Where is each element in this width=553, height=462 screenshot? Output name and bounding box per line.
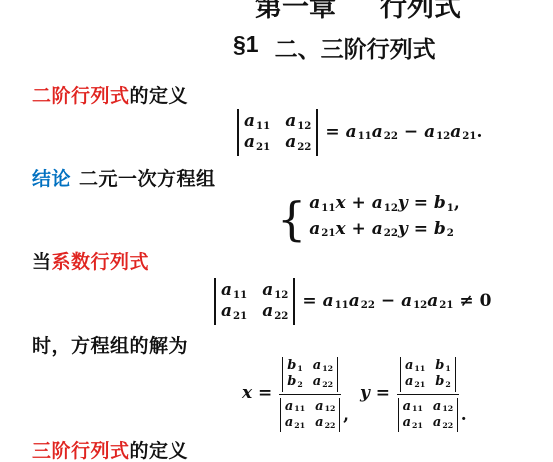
section-number: §1 [233, 31, 259, 64]
chapter-title: 第一章 行列式 [255, 0, 461, 24]
system-equation-1: a11x + a12y = b1, [309, 193, 460, 219]
x-fraction: b1 a12 b2 a22 a11 a12 a21 a22 [279, 356, 341, 432]
determinant-2x2-coefficient: a11 a12 a21 a22 [280, 398, 341, 433]
conclusion-line: 结论二元一次方程组 [32, 164, 216, 191]
det-entry: a12 [433, 399, 453, 415]
det-entry: a21 [244, 132, 270, 153]
comma-separator: , [343, 405, 349, 426]
det-entry: b2 [287, 374, 303, 390]
determinant-2x2-coefficient: a11 a12 a21 a22 [214, 278, 295, 325]
conclusion-text: 二元一次方程组 [79, 169, 216, 190]
det-entry: a22 [315, 415, 335, 431]
det-entry: a21 [285, 415, 305, 431]
det-entry: a12 [262, 280, 288, 301]
solution-intro-line: 时，方程组的解为 [32, 331, 188, 358]
det-entry: a11 [405, 358, 425, 374]
y-equals: y = [360, 383, 396, 404]
y-numerator: a11 b1 a21 b2 [397, 356, 459, 395]
determinant-2x2-bx: b1 a12 b2 a22 [282, 357, 338, 392]
determinant-2x2-coefficient: a11 a12 a21 a22 [237, 109, 318, 156]
chapter-name: 行列式 [380, 0, 461, 24]
det-entry: a22 [262, 301, 288, 322]
x-numerator: b1 a12 b2 a22 [279, 356, 341, 395]
det-entry: b2 [435, 374, 451, 390]
conclusion-label: 结论 [32, 169, 71, 190]
det-entry: a22 [285, 132, 311, 153]
def3-heading: 三阶行列式的定义 [32, 436, 188, 462]
system-equation-2: a21x + a22y = b2 [309, 219, 460, 245]
determinant-2x2-coefficient: a11 a12 a21 a22 [398, 398, 459, 433]
section-name: 二、三阶行列式 [275, 31, 436, 64]
chapter-number: 第一章 [255, 0, 336, 24]
period-mark: . [461, 405, 467, 426]
solution-intro-text: 时，方程组的解为 [32, 336, 188, 357]
coefficient-det-term: 系数行列式 [52, 252, 150, 273]
det-entry: b1 [287, 358, 303, 374]
determinant-2x2-by: a11 b1 a21 b2 [400, 357, 456, 392]
det-entry: a12 [285, 111, 311, 132]
det-entry: a21 [221, 301, 247, 322]
coefficient-det-line: 当系数行列式 [32, 247, 149, 274]
det-entry: a21 [405, 374, 425, 390]
formula-det2-definition: a11 a12 a21 a22 = a11a22 − a12a21. [237, 109, 482, 156]
det-entry: a11 [221, 280, 247, 301]
det-entry: a11 [244, 111, 270, 132]
lecture-slide: 第一章 行列式 §1 二、三阶行列式 二阶行列式的定义 a11 a12 a21 … [0, 0, 553, 462]
det2-expansion: = a11a22 − a12a21. [325, 122, 482, 143]
det-entry: a12 [315, 399, 335, 415]
def2-rest: 的定义 [130, 86, 189, 107]
formula-cramer-solution: x = b1 a12 b2 a22 a11 a12 a21 a22 , y [242, 356, 469, 432]
system-rows: a11x + a12y = b1, a21x + a22y = b2 [309, 193, 460, 244]
det-entry: a22 [433, 415, 453, 431]
x-denominator: a11 a12 a21 a22 [280, 395, 341, 433]
formula-det-nonzero: a11 a12 a21 a22 = a11a22 − a12a21 ≠ 0 [214, 278, 491, 325]
det-nonzero-expansion: = a11a22 − a12a21 ≠ 0 [302, 291, 491, 312]
cases-brace: { [277, 198, 306, 240]
y-denominator: a11 a12 a21 a22 [398, 395, 459, 433]
def3-rest: 的定义 [130, 441, 189, 462]
det-entry: a11 [403, 399, 423, 415]
def2-term: 二阶行列式 [32, 86, 130, 107]
det-entry: b1 [435, 358, 451, 374]
section-title: §1 二、三阶行列式 [233, 31, 436, 64]
equation-system: { a11x + a12y = b1, a21x + a22y = b2 [277, 193, 460, 244]
det-entry: a21 [403, 415, 423, 431]
def2-heading: 二阶行列式的定义 [32, 81, 188, 108]
x-equals: x = [242, 383, 278, 404]
det-entry: a11 [285, 399, 305, 415]
def3-term: 三阶行列式 [32, 441, 130, 462]
y-fraction: a11 b1 a21 b2 a11 a12 a21 a22 [397, 356, 459, 432]
when-prefix: 当 [32, 252, 52, 273]
det-entry: a22 [313, 374, 333, 390]
det-entry: a12 [313, 358, 333, 374]
